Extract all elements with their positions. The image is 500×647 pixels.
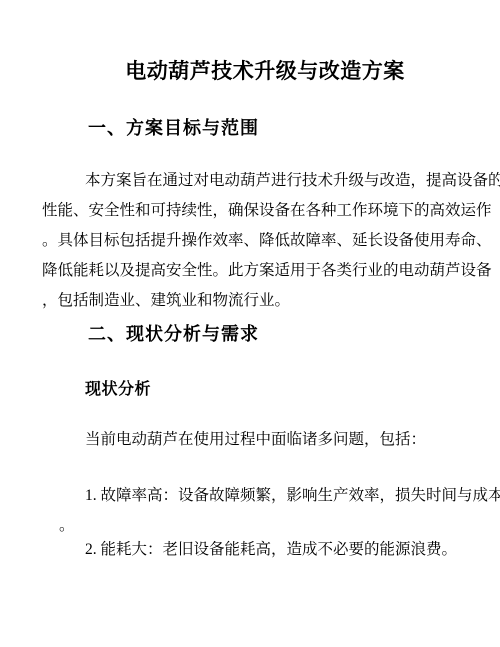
section-2-intro-paragraph: 当前电动葫芦在使用过程中面临诸多问题，包括： [42,428,426,452]
section-2-subheading: 现状分析 [85,379,151,401]
section-1-heading: 一、方案目标与范围 [88,116,259,140]
section-2-heading: 二、现状分析与需求 [88,322,259,346]
issue-list-item-2: 2. 能耗大：老旧设备能耗高，造成不必要的能源浪费。 [42,535,457,565]
document-page: 电动葫芦技术升级与改造方案 一、方案目标与范围 本方案旨在通过对电动葫芦进行技术… [0,0,500,647]
issue-list-item-1: 1. 故障率高：设备故障频繁，影响生产效率，损失时间与成本 。 [42,481,500,541]
document-title: 电动葫芦技术升级与改造方案 [42,58,458,86]
section-1-paragraph: 本方案旨在通过对电动葫芦进行技术升级与改造，提高设备的 性能、安全性和可持续性，… [42,166,500,316]
